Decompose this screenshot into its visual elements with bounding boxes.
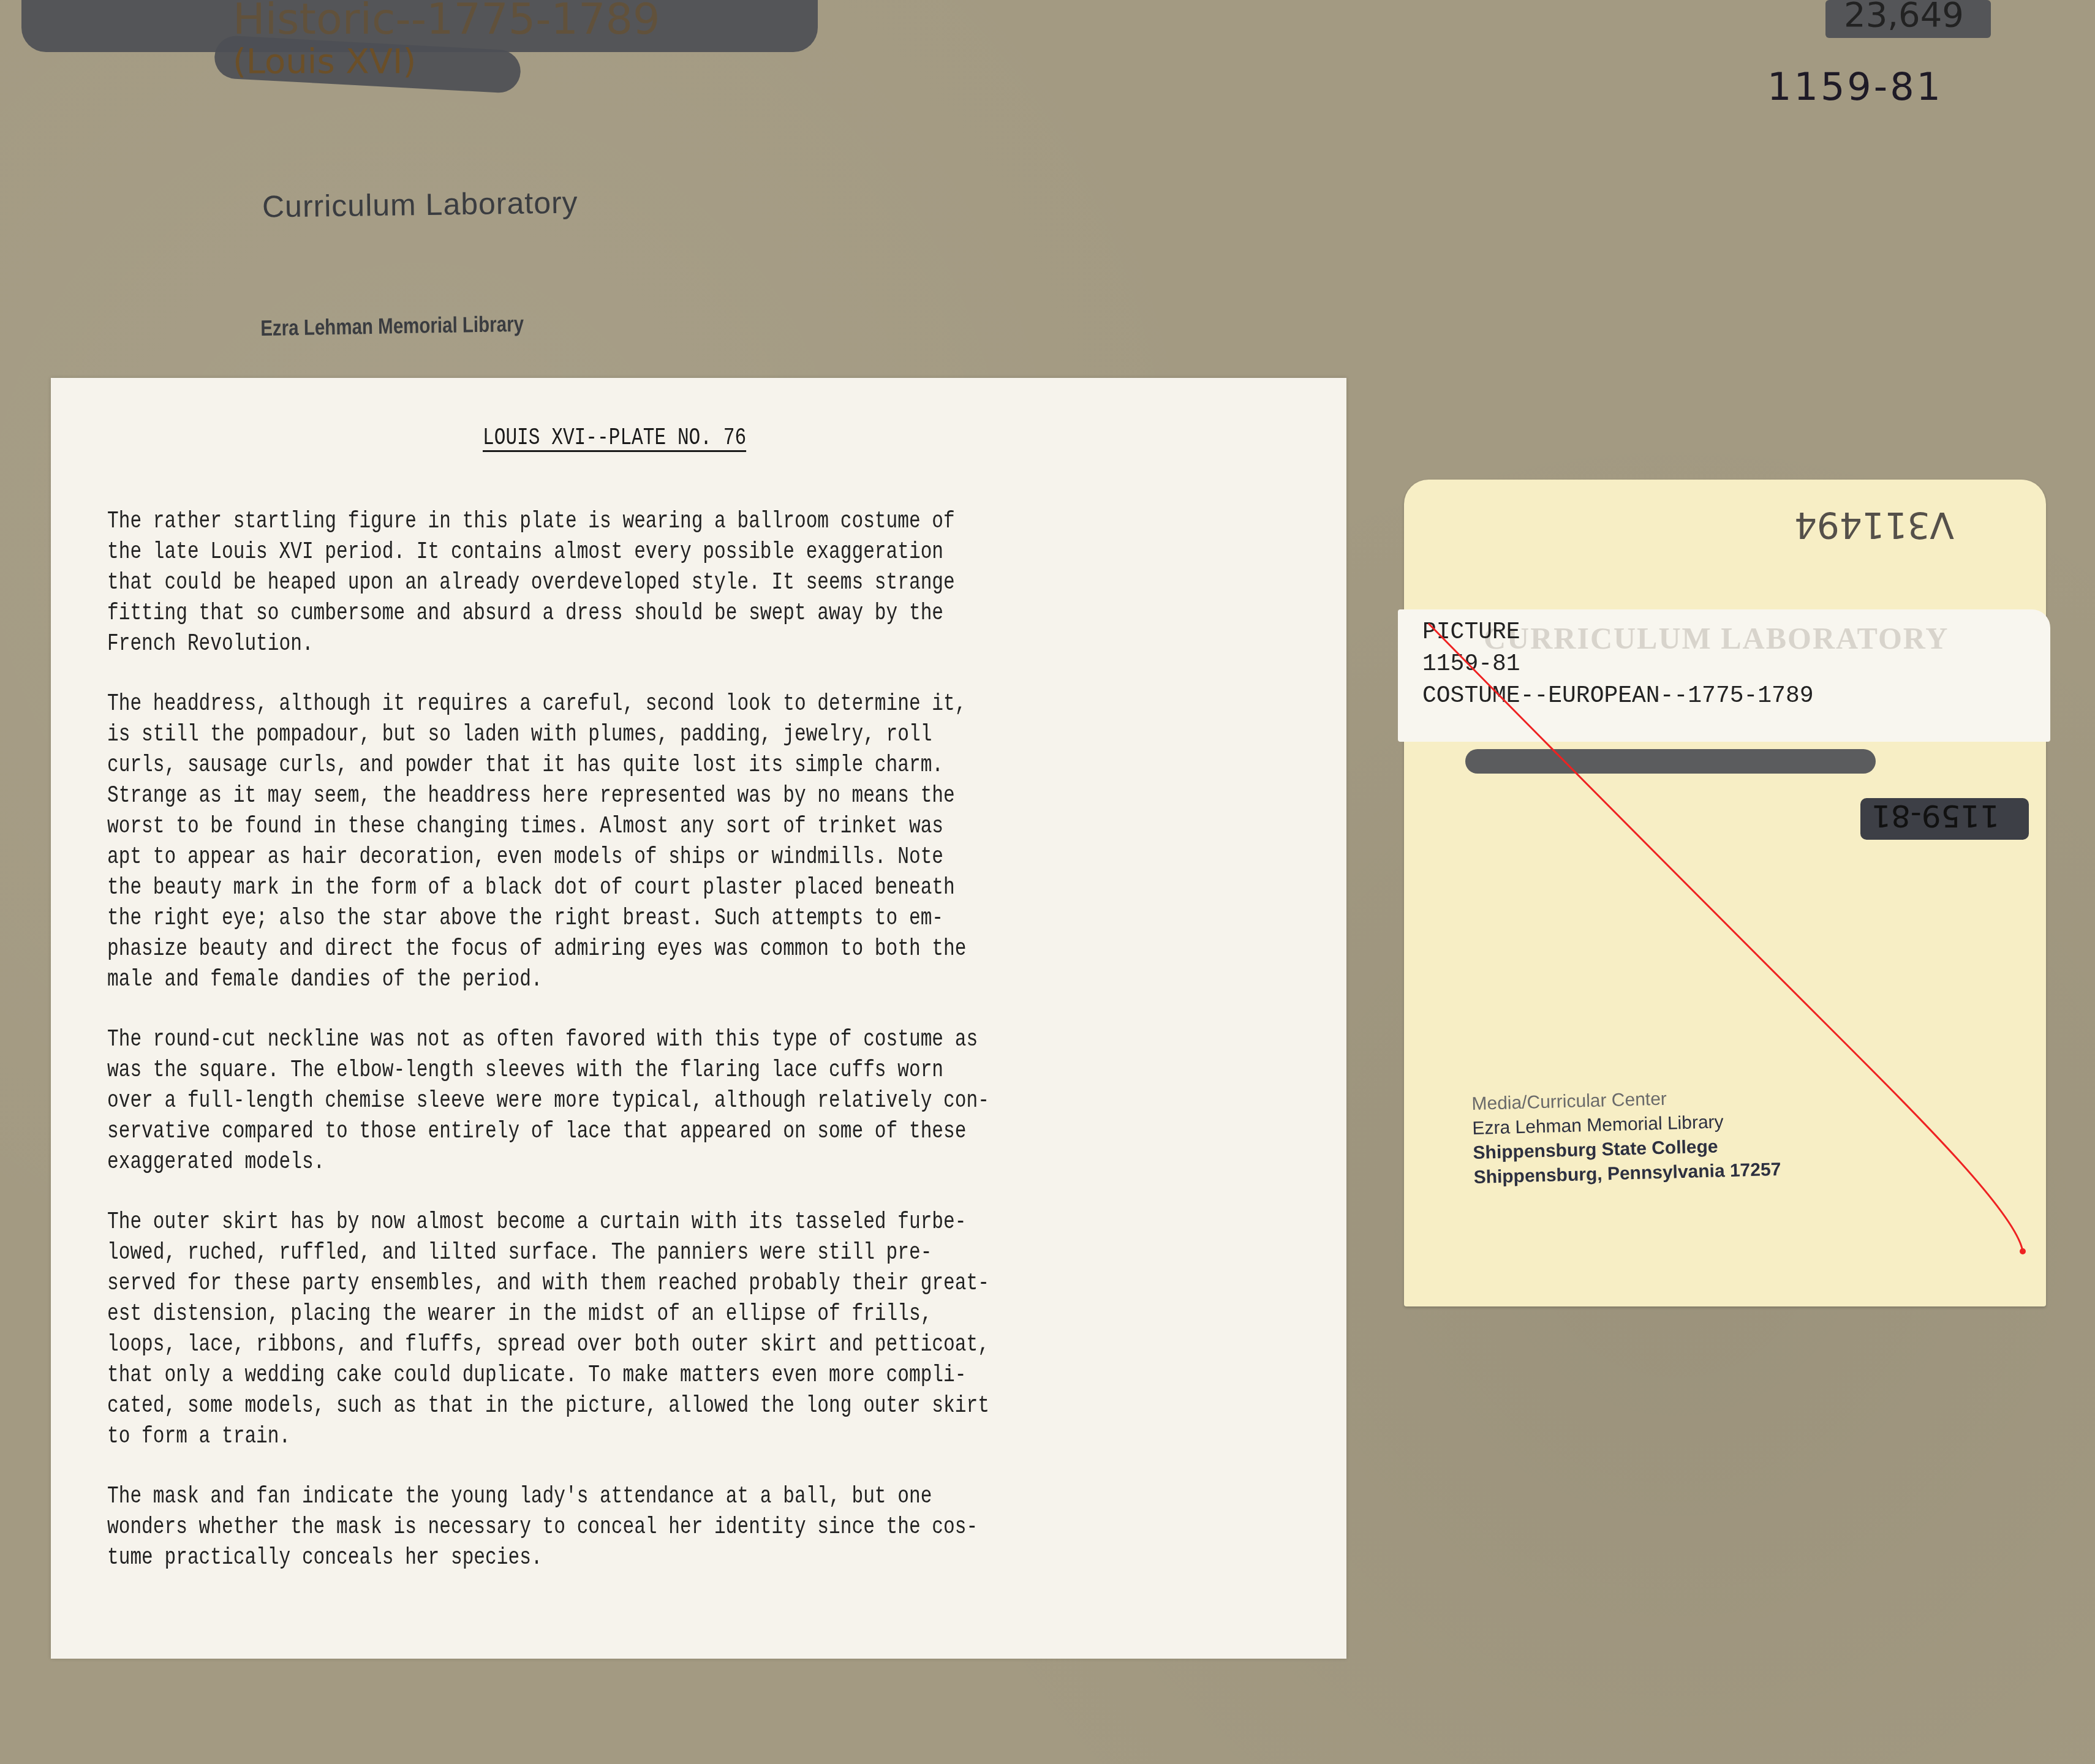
library-stamp: Ezra Lehman Memorial Library [260, 311, 524, 341]
plate-title: LOUIS XVI--PLATE NO. 76 [483, 425, 746, 451]
paragraph-skirt: The outer skirt has by now almost become… [107, 1207, 1293, 1452]
library-address-stamp: Media/Curricular Center Ezra Lehman Memo… [1471, 1084, 1781, 1190]
picture-envelope: V311494 CURRICULUM LABORATORY PICTURE 11… [1404, 480, 2046, 1306]
catalog-number: 1159-81 [1767, 64, 1943, 109]
paragraph-neckline: The round-cut neckline was not as often … [107, 1025, 1293, 1178]
description-body: The rather startling figure in this plat… [107, 507, 1293, 1603]
paragraph-intro: The rather startling figure in this plat… [107, 507, 1293, 660]
paragraph-headdress: The headdress, although it requires a ca… [107, 689, 1293, 995]
curriculum-laboratory-stamp: Curriculum Laboratory [262, 184, 578, 224]
typed-description-sheet: LOUIS XVI--PLATE NO. 76 The rather start… [51, 378, 1346, 1659]
redacted-subheading: (Louis XVI) [233, 42, 416, 81]
redacted-heading: Historic--1775-1789 [233, 0, 660, 44]
paragraph-mask: The mask and fan indicate the young lady… [107, 1482, 1293, 1574]
redacted-number: 23,649 [1844, 0, 1964, 35]
